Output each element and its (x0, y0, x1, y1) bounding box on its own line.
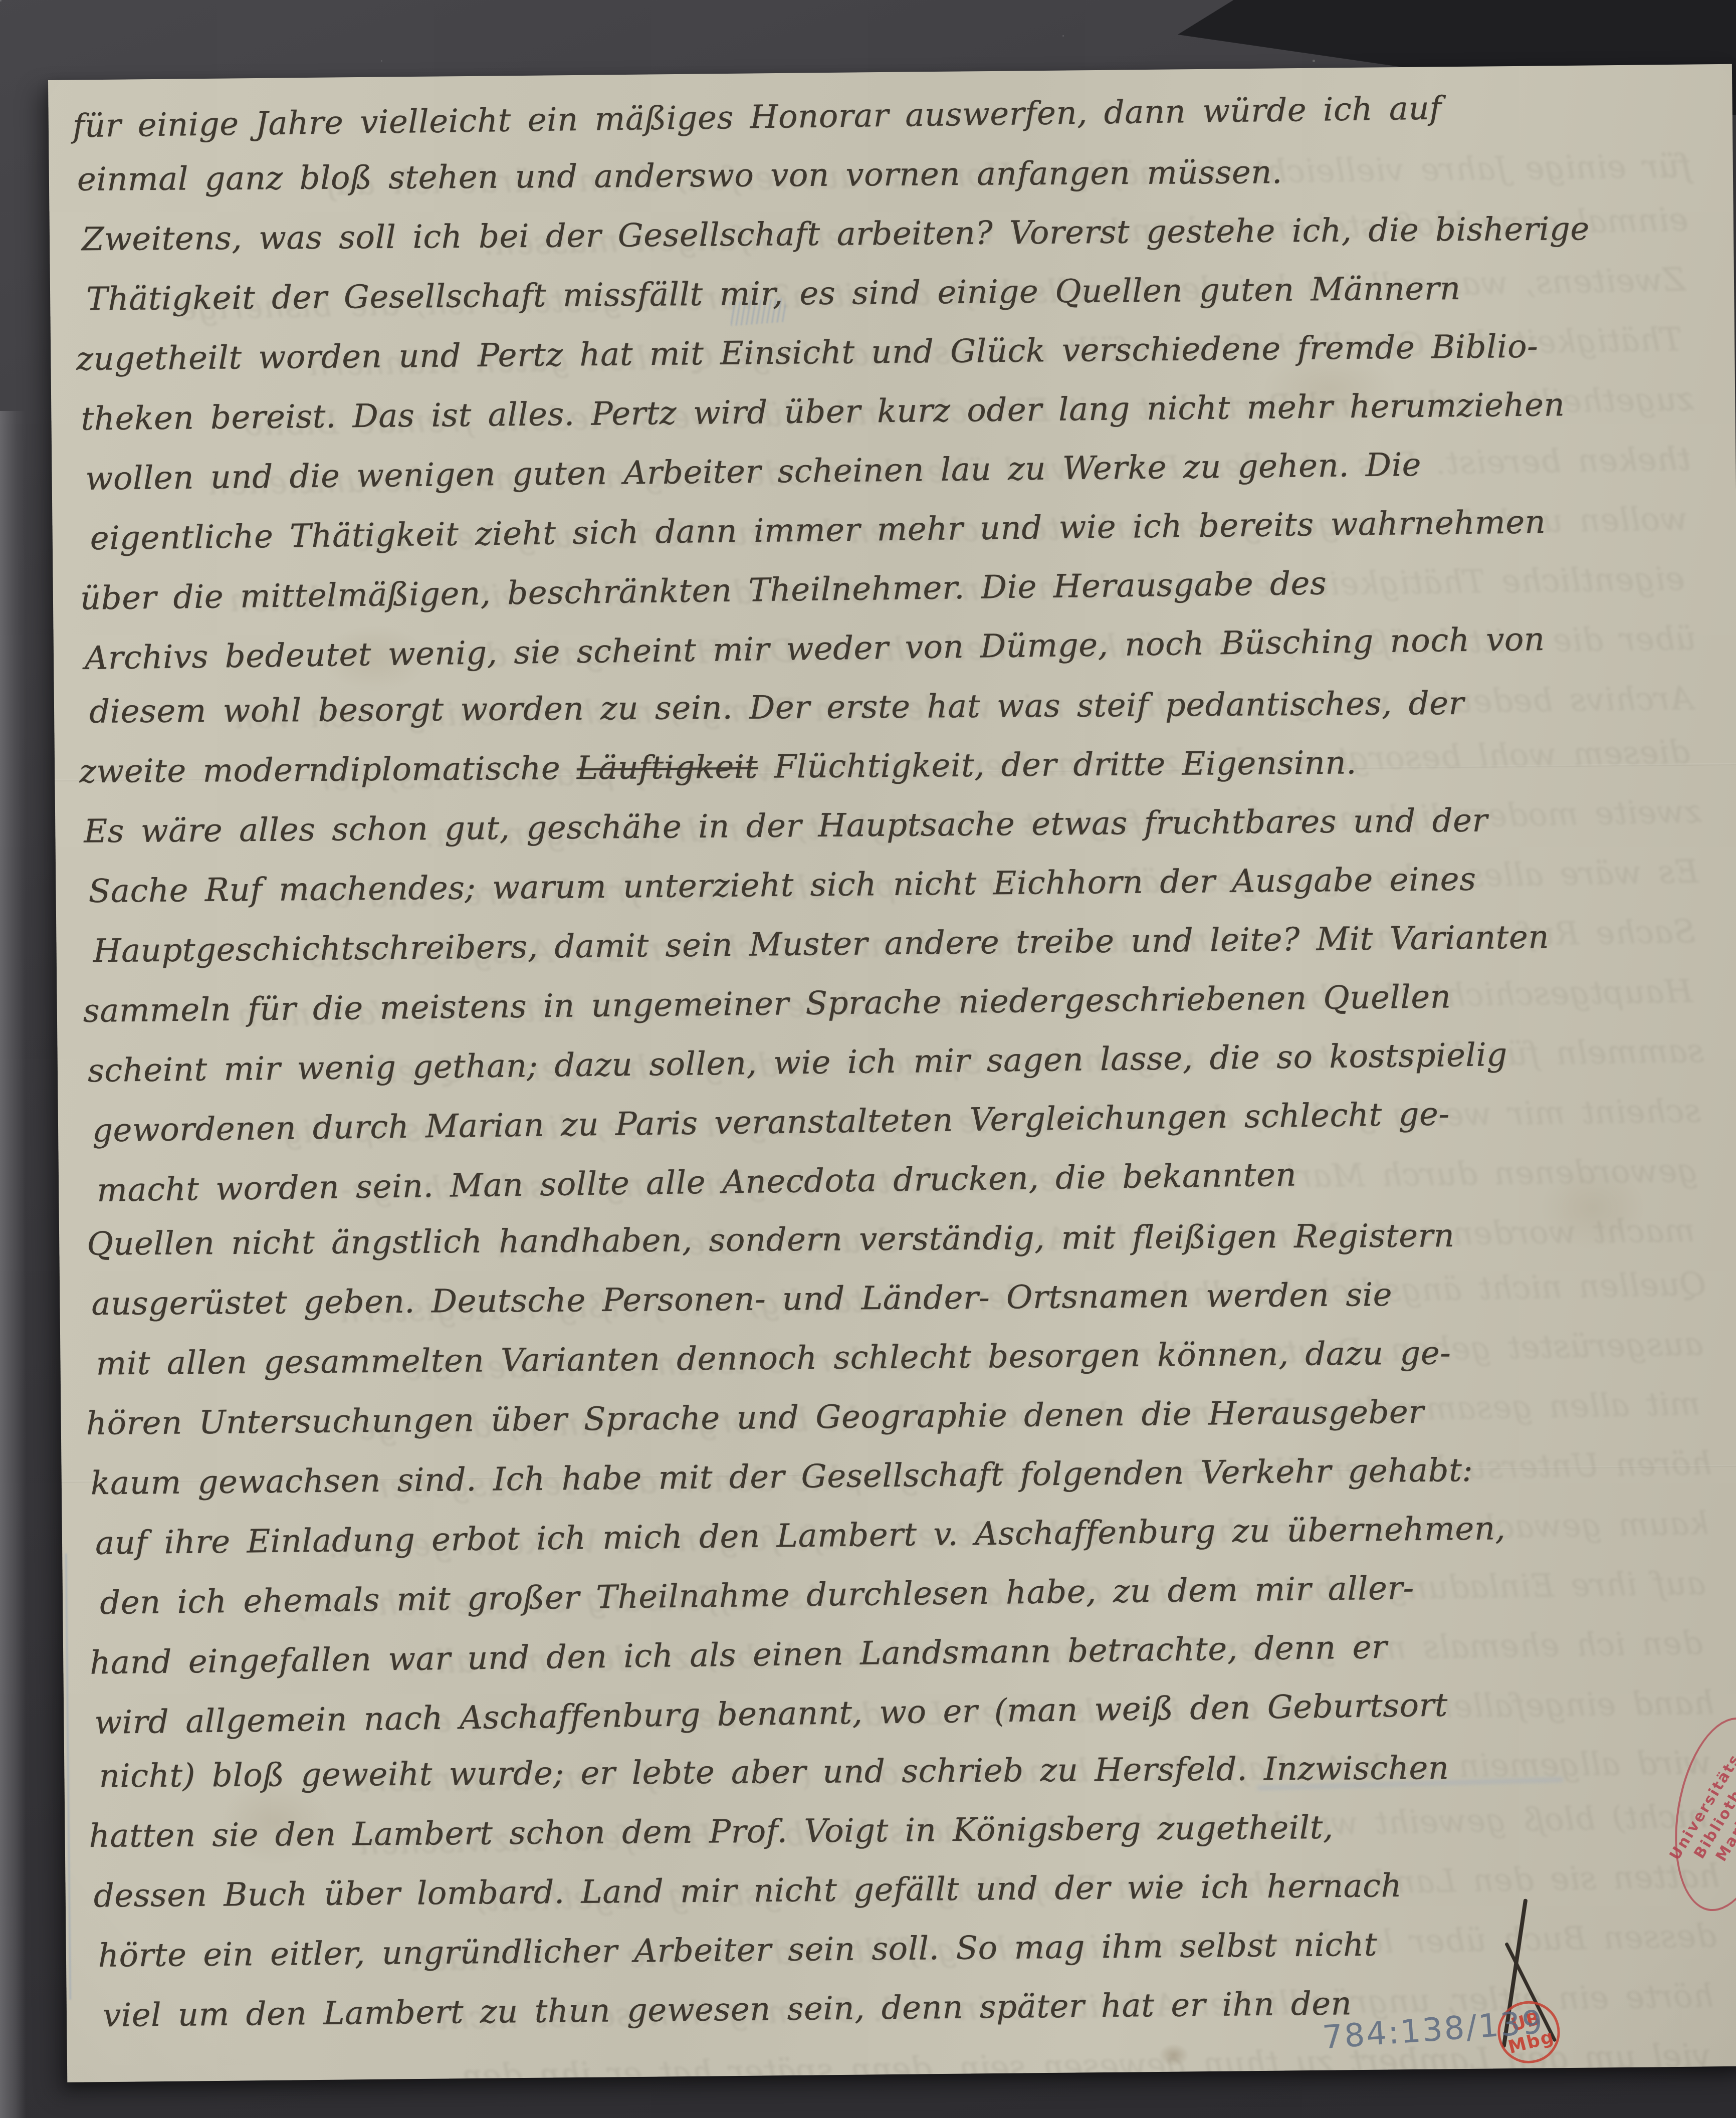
manuscript-line: nicht) bloß geweiht wurde; er lebte aber… (88, 1737, 1717, 1806)
manuscript-line: Quellen nicht ängstlich handhaben, sonde… (83, 1205, 1712, 1274)
letter-lines: für einige Jahre vielleicht ein mäßiges … (72, 78, 1719, 2045)
letter-page: für einige Jahre vielleicht ein mäßiges … (48, 64, 1736, 2082)
pencil-margin-line (65, 1554, 71, 2000)
manuscript-line: diesem wohl besorgt worden zu sein. Der … (78, 673, 1707, 742)
dust-specks (0, 0, 2, 2)
scan-background: für einige Jahre vielleicht ein mäßiges … (0, 0, 1736, 2118)
manuscript-line: einmal ganz bloß stehen und anderswo von… (73, 140, 1702, 209)
library-oval-stamp: Universitäts- Bibliothek Marburg (1676, 1716, 1736, 1913)
scanner-mat-edge (0, 411, 26, 2118)
